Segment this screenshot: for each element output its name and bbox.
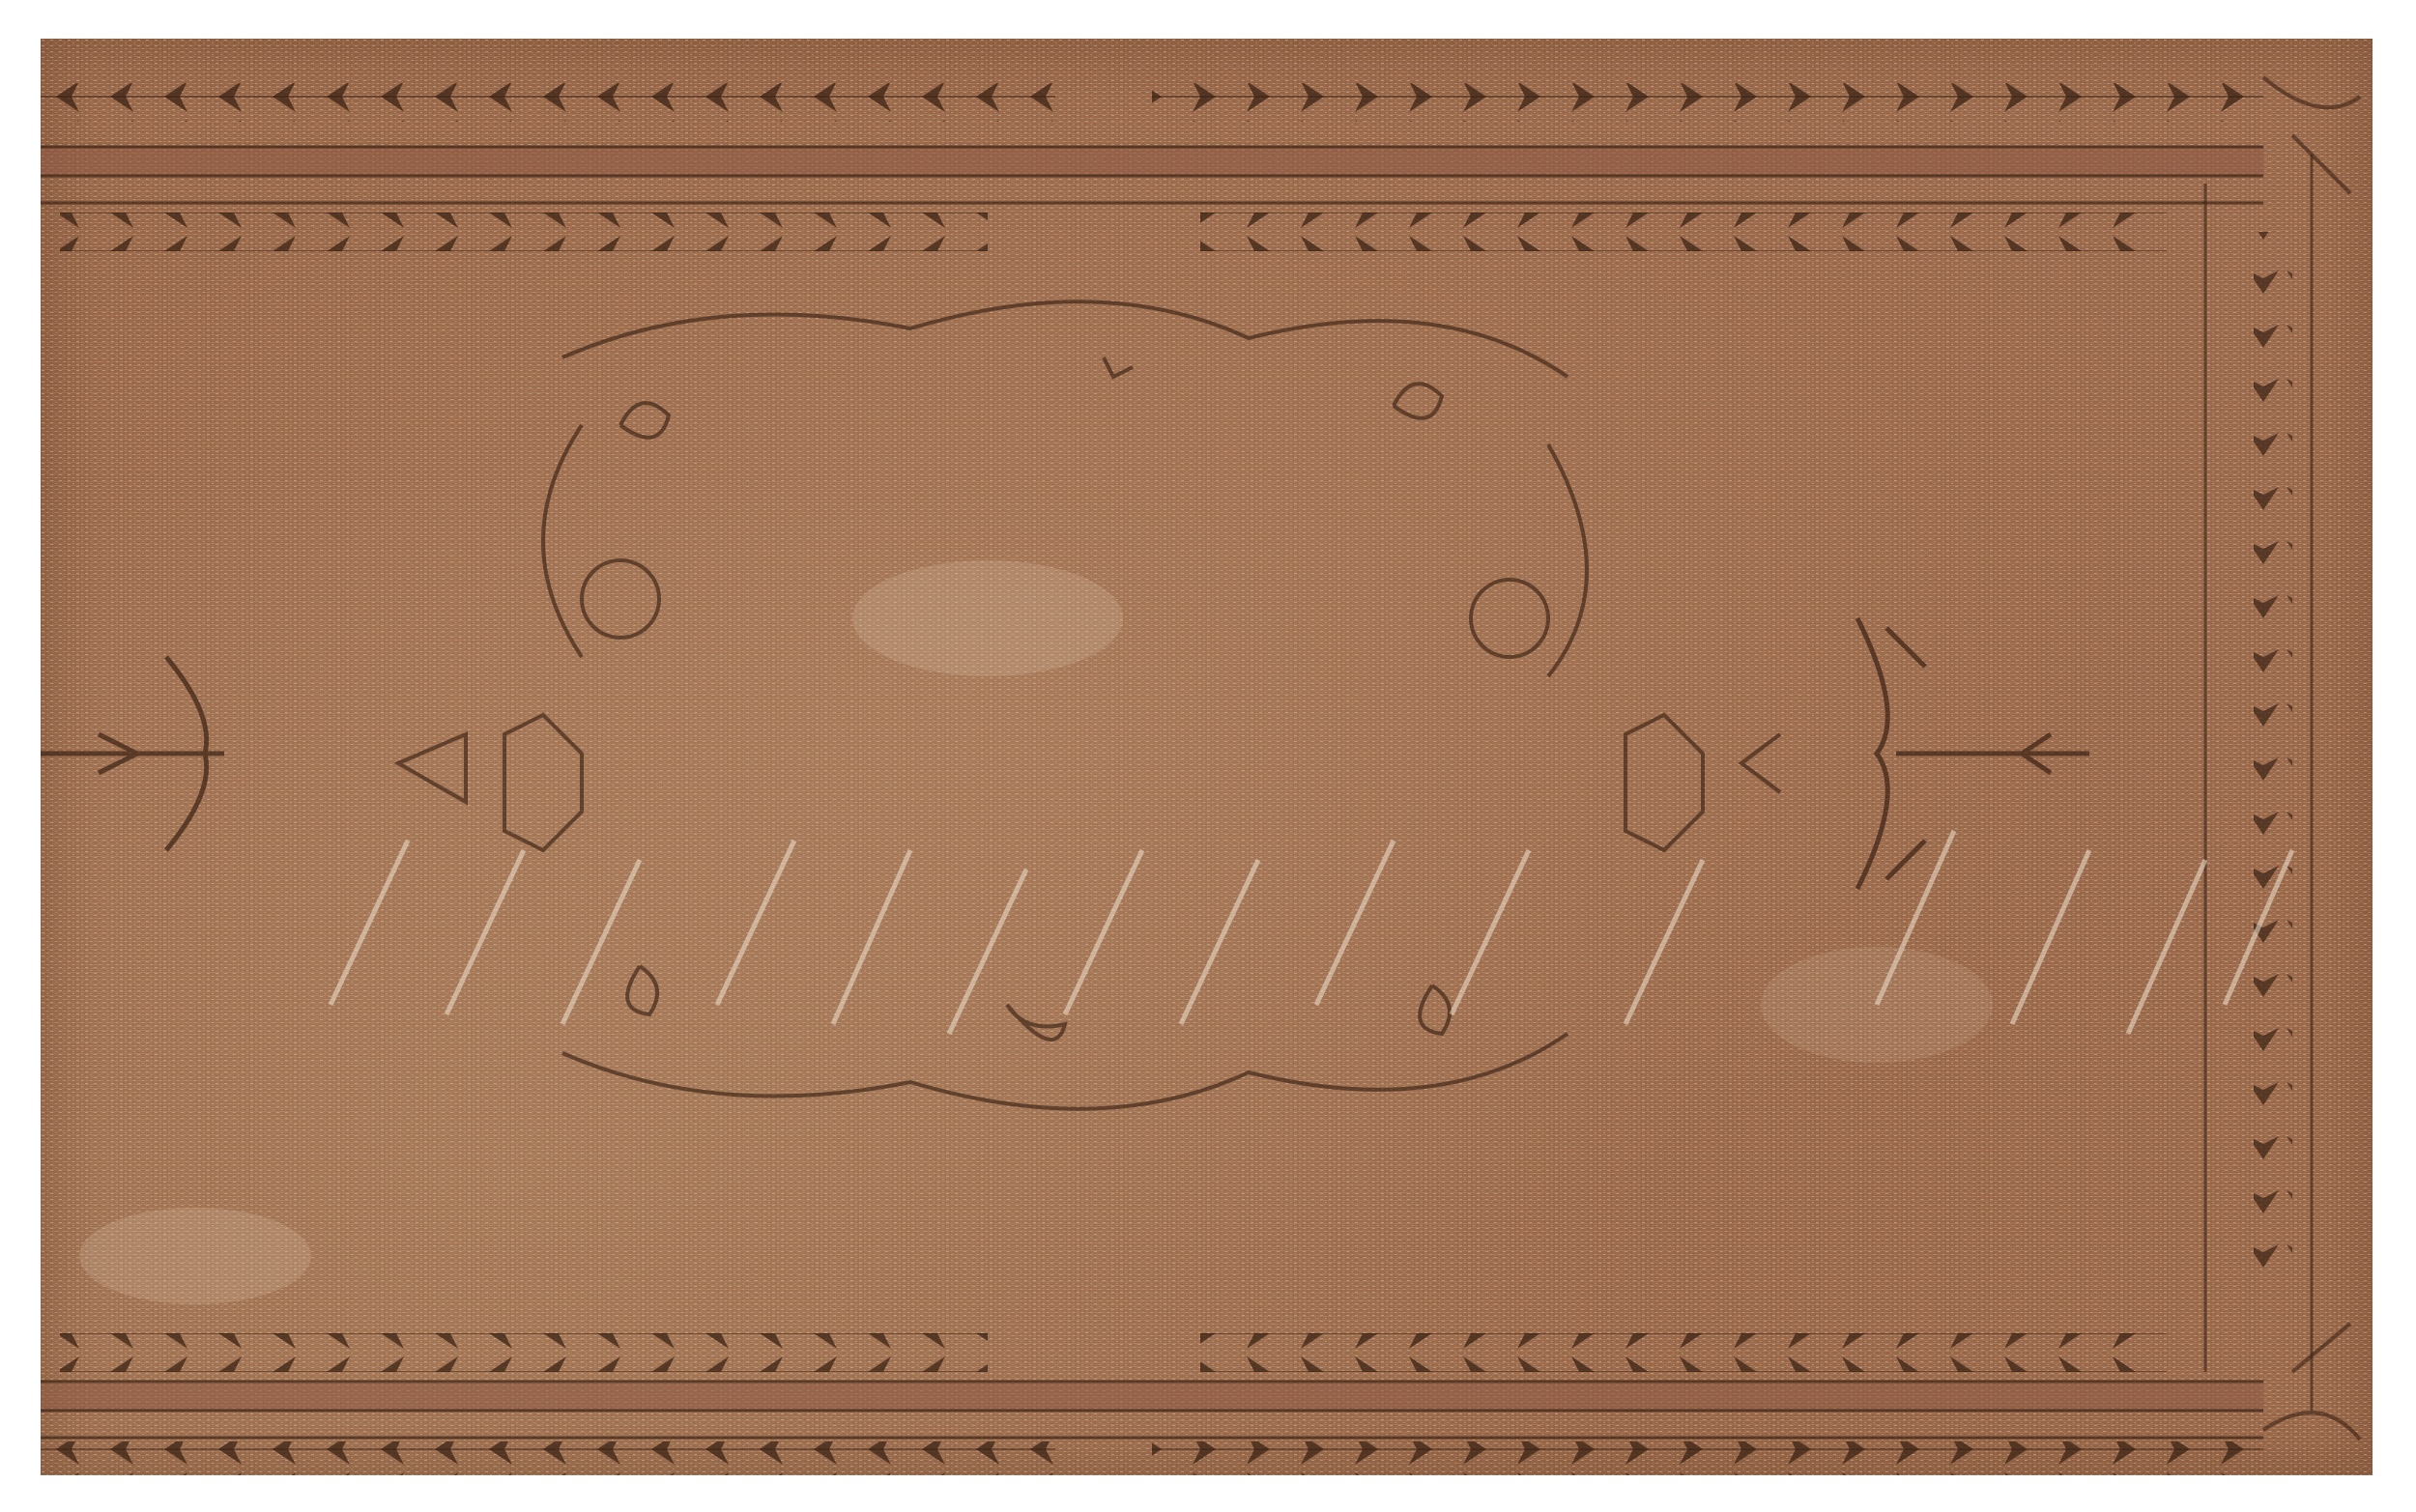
rug-pattern bbox=[41, 39, 2373, 1475]
rug bbox=[41, 39, 2373, 1475]
